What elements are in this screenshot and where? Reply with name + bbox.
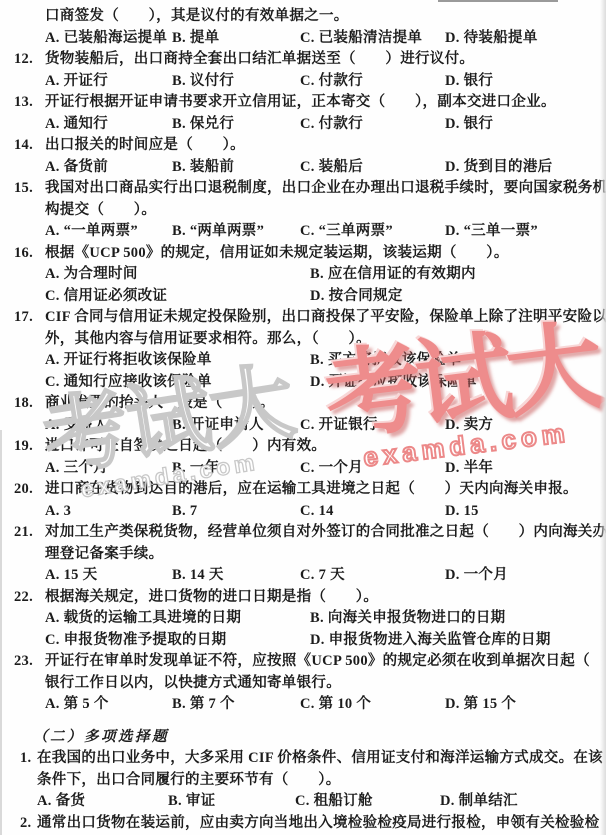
option-a: A. 受益人: [45, 415, 172, 437]
question-number: 22.: [14, 587, 45, 609]
question-text: CIF 合同与信用证未规定投保险别，出口商投保了平安险，保险单上除了注明平安险以: [45, 309, 606, 325]
question-text: 开证行在审单时发现单证不符，应按照《UCP 500》的规定必须在收到单据次日起（…: [45, 653, 606, 669]
question-14: 14.出口报关的时间应是（ ）。: [0, 135, 606, 157]
question-23: 23.开证行在审单时发现单证不符，应按照《UCP 500》的规定必须在收到单据次…: [0, 651, 606, 673]
option-row: A. 开证行将拒收该保险单 B. 买方将拒收该保险单: [0, 350, 606, 372]
option-c: C. 装船后: [300, 157, 445, 179]
option-c: C. 付款行: [300, 114, 445, 136]
question-text: 根据海关规定，进口货物的进口日期是指（ ）。: [45, 589, 378, 605]
question-number: 16.: [14, 243, 45, 265]
option-row: A. “一单两票” B. “两单两票” C. “三单两票” D. “三单一票”: [0, 221, 606, 243]
option-row: C. 信用证必须改证 D. 按合同规定: [0, 286, 606, 308]
option-row: A. 15 天 B. 14 天 C. 7 天 D. 一个月: [0, 565, 606, 587]
option-d: D. 卖方: [445, 415, 606, 437]
option-d: D. 待装船提单: [445, 28, 606, 50]
section2-question-1: 1.在我国的出口业务中，大多采用 CIF 价格条件、信用证支付和海洋运输方式成交…: [0, 748, 606, 770]
option-a: A. 备货前: [45, 157, 172, 179]
question-text: 开证行根据开证申请书要求开立信用证，正本寄交（ ），副本交进口企业。: [45, 94, 556, 110]
option-b: B. 应在信用证的有效期内: [310, 264, 606, 286]
option-a: A. 开证行: [45, 71, 172, 93]
question-text: 商业发票的抬头人一般是（ ）。: [45, 395, 275, 411]
question-number: 2.: [20, 813, 37, 835]
option-a: A. 15 天: [45, 565, 172, 587]
option-c: C. 已装船清洁提单: [300, 28, 445, 50]
option-c: C. 一个月: [300, 458, 445, 480]
question-text: 银行工作日以内，以快捷方式通知寄单银行。: [45, 675, 341, 691]
option-row: A. 载货的运输工具进境的日期 B. 向海关申报货物进口的日期: [0, 608, 606, 630]
question-text: 我国对出口商品实行出口退税制度，出口企业在办理出口退税手续时，要向国家税务机: [45, 180, 606, 196]
scan-edge-right: [600, 0, 606, 835]
question-12: 12.货物装船后，出口商持全套出口结汇单据送至（ ）进行议付。: [0, 49, 606, 71]
question-number: 19.: [14, 436, 45, 458]
question-number: 15.: [14, 178, 45, 200]
option-d: D. 制单结汇: [440, 791, 606, 813]
question-17-continuation: 外，其他内容与信用证要求相符。那么，（ ）。: [0, 329, 606, 351]
option-b: B. 审证: [168, 791, 295, 813]
question-text: 构提交（ ）。: [45, 202, 156, 218]
option-c: C. 14: [300, 501, 445, 523]
option-row: A. 为合理时间 B. 应在信用证的有效期内: [0, 264, 606, 286]
option-a: A. 已装船海运提单: [45, 28, 172, 50]
option-a: A. 通知行: [45, 114, 172, 136]
option-d: D. 申报货物进入海关监管仓库的日期: [310, 630, 606, 652]
option-b: B. “两单两票”: [172, 221, 300, 243]
question-number: 13.: [14, 92, 45, 114]
section2-question-2: 2.通常出口货物在装运前，应由卖方向当地出入境检验检疫局进行报检，申领有关检验检: [0, 813, 606, 835]
option-d: D. 半年: [445, 458, 606, 480]
option-row: A. 备货 B. 审证 C. 租船订舱 D. 制单结汇: [0, 791, 606, 813]
question-text: 根据《UCP 500》的规定，信用证如未规定装运期，该装运期（ ）。: [45, 245, 509, 261]
question-19: 19.进口许可证自签发之日起（ ）内有效。: [0, 436, 606, 458]
question-text: 进口商在货物到达目的港后，应在运输工具进境之日起（ ）天内向海关申报。: [45, 481, 578, 497]
option-c: C. 7 天: [300, 565, 445, 587]
question-22: 22.根据海关规定，进口货物的进口日期是指（ ）。: [0, 587, 606, 609]
option-a: A. 备货: [37, 791, 168, 813]
option-row: C. 通知行应接收该保险单 D. 开证行应接收该保险单: [0, 372, 606, 394]
option-a: A. “一单两票”: [45, 221, 172, 243]
option-c: C. 第 10 个: [300, 694, 445, 716]
question-text: 理登记备案手续。: [45, 546, 163, 562]
question-text: 货物装船后，出口商持全套出口结汇单据送至（ ）进行议付。: [45, 51, 474, 67]
option-c: C. 申报货物准予提取的日期: [45, 630, 310, 652]
option-c: C. 信用证必须改证: [45, 286, 310, 308]
question-text: 通常出口货物在装运前，应由卖方向当地出入境检验检疫局进行报检，申领有关检验检: [37, 815, 599, 831]
option-b: B. 保兑行: [172, 114, 300, 136]
question-text: 出口报关的时间应是（ ）。: [45, 137, 245, 153]
option-c: C. 租船订舱: [295, 791, 440, 813]
option-row: C. 申报货物准予提取的日期 D. 申报货物进入海关监管仓库的日期: [0, 630, 606, 652]
scan-edge-top: [438, 0, 558, 2]
option-row: A. 受益人 B. 开证申请人 C. 开证银行 D. 卖方: [0, 415, 606, 437]
option-a: A. 为合理时间: [45, 264, 310, 286]
question-20: 20.进口商在货物到达目的港后，应在运输工具进境之日起（ ）天内向海关申报。: [0, 479, 606, 501]
question-21: 21.对加工生产类保税货物，经营单位须自对外签订的合同批准之日起（ ）内向海关办: [0, 522, 606, 544]
question-number: 12.: [14, 49, 45, 71]
option-row: A. 备货前 B. 装船前 C. 装船后 D. 货到目的港后: [0, 157, 606, 179]
question-13: 13.开证行根据开证申请书要求开立信用证，正本寄交（ ），副本交进口企业。: [0, 92, 606, 114]
option-row: A. 3 B. 7 C. 14 D. 15: [0, 501, 606, 523]
option-b: B. 14 天: [172, 565, 300, 587]
section-gap: [0, 716, 606, 727]
option-c: C. 付款行: [300, 71, 445, 93]
option-a: A. 第 5 个: [45, 694, 172, 716]
option-a: A. 三个月: [45, 458, 172, 480]
option-a: A. 开证行将拒收该保险单: [45, 350, 310, 372]
option-row: A. 通知行 B. 保兑行 C. 付款行 D. 银行: [0, 114, 606, 136]
option-d: D. 第 15 个: [445, 694, 606, 716]
question-15-continuation: 构提交（ ）。: [0, 200, 606, 222]
question-text: 进口许可证自签发之日起（ ）内有效。: [45, 438, 326, 454]
question-11-continuation: 口商签发（ ），其是议付的有效单据之一。: [0, 6, 606, 28]
question-23-continuation: 银行工作日以内，以快捷方式通知寄单银行。: [0, 673, 606, 695]
option-row: A. 已装船海运提单 B. 提单 C. 已装船清洁提单 D. 待装船提单: [0, 28, 606, 50]
question-text: 口商签发（ ），其是议付的有效单据之一。: [45, 8, 349, 24]
option-c: C. 通知行应接收该保险单: [45, 372, 310, 394]
exam-paper-scan: 口商签发（ ），其是议付的有效单据之一。 A. 已装船海运提单 B. 提单 C.…: [0, 0, 606, 835]
option-d: D. 15: [445, 501, 606, 523]
option-d: D. 按合同规定: [310, 286, 606, 308]
question-number: 23.: [14, 651, 45, 673]
option-d: D. 开证行应接收该保险单: [310, 372, 606, 394]
option-row: A. 三个月 B. 一年 C. 一个月 D. 半年: [0, 458, 606, 480]
option-b: B. 7: [172, 501, 300, 523]
question-number: 21.: [14, 522, 45, 544]
option-d: D. 银行: [445, 71, 606, 93]
option-b: B. 提单: [172, 28, 300, 50]
question-15: 15.我国对出口商品实行出口退税制度，出口企业在办理出口退税手续时，要向国家税务…: [0, 178, 606, 200]
question-text: 外，其他内容与信用证要求相符。那么，（ ）。: [45, 331, 371, 347]
question-number: 17.: [14, 307, 45, 329]
option-d: D. 银行: [445, 114, 606, 136]
option-a: A. 3: [45, 501, 172, 523]
question-text: 条件下，出口合同履行的主要环节有（ ）。: [37, 772, 341, 788]
option-row: A. 开证行 B. 议付行 C. 付款行 D. 银行: [0, 71, 606, 93]
question-number: 14.: [14, 135, 45, 157]
scan-edge-left: [0, 430, 2, 835]
question-list: 口商签发（ ），其是议付的有效单据之一。 A. 已装船海运提单 B. 提单 C.…: [0, 6, 606, 834]
question-text: 在我国的出口业务中，大多采用 CIF 价格条件、信用证支付和海洋运输方式成交。在…: [37, 750, 603, 766]
question-17: 17.CIF 合同与信用证未规定投保险别，出口商投保了平安险，保险单上除了注明平…: [0, 307, 606, 329]
section2-question-1-continuation: 条件下，出口合同履行的主要环节有（ ）。: [0, 770, 606, 792]
option-b: B. 买方将拒收该保险单: [310, 350, 606, 372]
option-b: B. 第 7 个: [172, 694, 300, 716]
question-number: 20.: [14, 479, 45, 501]
option-d: D. “三单一票”: [445, 221, 606, 243]
question-18: 18.商业发票的抬头人一般是（ ）。: [0, 393, 606, 415]
question-21-continuation: 理登记备案手续。: [0, 544, 606, 566]
section-2-title: （二）多项选择题: [0, 727, 606, 749]
question-16: 16.根据《UCP 500》的规定，信用证如未规定装运期，该装运期（ ）。: [0, 243, 606, 265]
option-b: B. 装船前: [172, 157, 300, 179]
option-b: B. 向海关申报货物进口的日期: [310, 608, 606, 630]
option-d: D. 货到目的港后: [445, 157, 606, 179]
option-b: B. 议付行: [172, 71, 300, 93]
option-b: B. 开证申请人: [172, 415, 300, 437]
option-a: A. 载货的运输工具进境的日期: [45, 608, 310, 630]
question-text: 对加工生产类保税货物，经营单位须自对外签订的合同批准之日起（ ）内向海关办: [45, 524, 606, 540]
option-row: A. 第 5 个 B. 第 7 个 C. 第 10 个 D. 第 15 个: [0, 694, 606, 716]
question-number: 18.: [14, 393, 45, 415]
option-b: B. 一年: [172, 458, 300, 480]
question-number: 1.: [20, 748, 37, 770]
option-c: C. “三单两票”: [300, 221, 445, 243]
option-d: D. 一个月: [445, 565, 606, 587]
option-c: C. 开证银行: [300, 415, 445, 437]
